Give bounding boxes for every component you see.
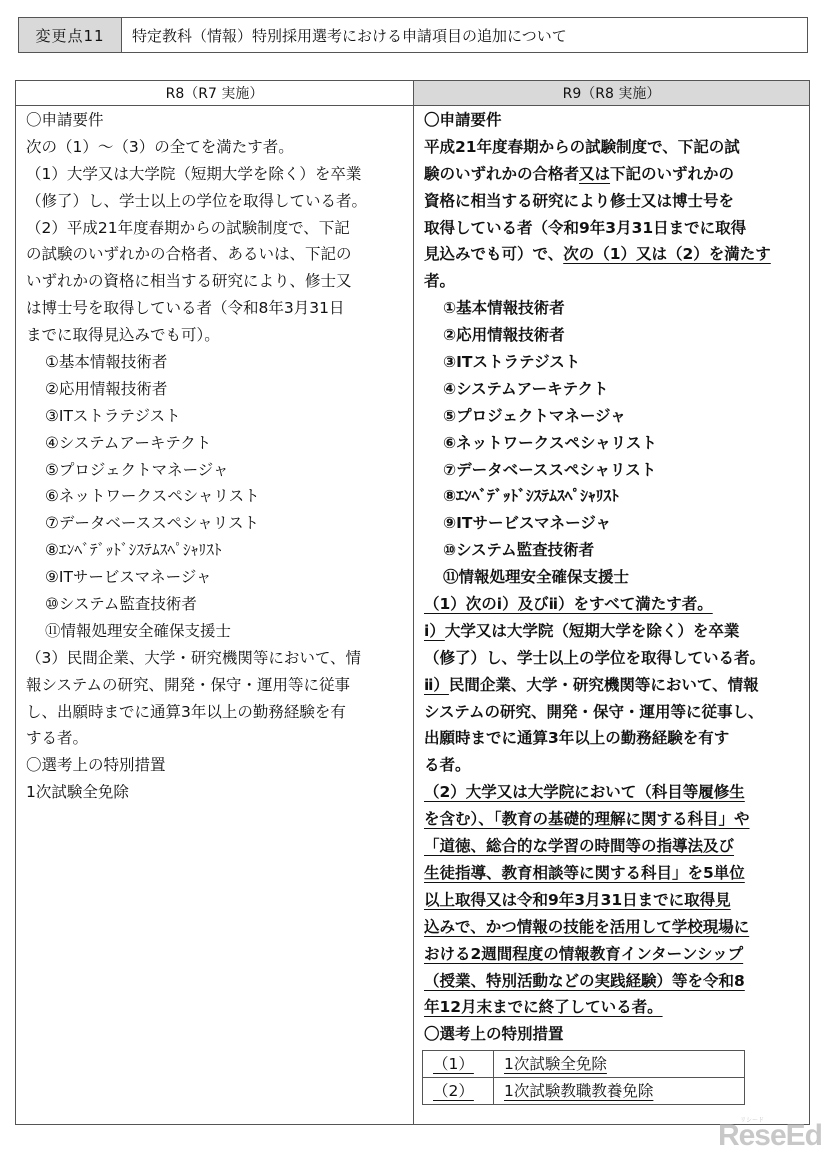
r8-column: 〇申請要件 次の（1）～（3）の全てを満たす者。 （1）大学又は大学院（短期大学… bbox=[16, 106, 414, 1124]
qualification-item: ⑪情報処理安全確保支援士 bbox=[424, 564, 809, 591]
qualification-item: ③ITストラテジスト bbox=[424, 349, 809, 376]
text-line: （修了）し、学士以上の学位を取得している者。 bbox=[424, 645, 809, 672]
text-line: 資格に相当する研究により修士又は博士号を bbox=[424, 188, 809, 215]
change-point-header: 変更点11 特定教科（情報）特別採用選考における申請項目の追加について bbox=[18, 17, 808, 53]
comparison-table: R8（R7 実施） R9（R8 実施） 〇申請要件 次の（1）～（3）の全てを満… bbox=[15, 80, 810, 1125]
measure-text-value: 1次試験教職教養免除 bbox=[504, 1082, 653, 1100]
changed-text: ⅰ） bbox=[424, 622, 445, 640]
text-line: る者。 bbox=[424, 752, 809, 779]
qualification-item: ⑥ネットワークスペシャリスト bbox=[424, 430, 809, 457]
changed-text: 「道徳、総合的な学習の時間等の指導法及び bbox=[424, 837, 734, 855]
text-line: 見込みでも可）で、次の（1）又は（2）を満たす bbox=[424, 241, 809, 268]
qualification-item: ⑪情報処理安全確保支援士 bbox=[26, 618, 413, 645]
text-line: する者。 bbox=[26, 725, 413, 752]
special-measures-table: （1） 1次試験全免除 （2） 1次試験教職教養免除 bbox=[422, 1050, 745, 1105]
qualification-item: ⑤プロジェクトマネージャ bbox=[26, 457, 413, 484]
changed-text: 込みで、かつ情報の技能を活用して学校現場に bbox=[424, 918, 749, 936]
special-measure-item: 1次試験全免除 bbox=[26, 779, 413, 806]
changed-text: 生徒指導、教育相談等に関する科目」を5単位 bbox=[424, 864, 745, 882]
qualification-item: ⑥ネットワークスペシャリスト bbox=[26, 483, 413, 510]
text-line: いずれかの資格に相当する研究により、修士又 bbox=[26, 268, 413, 295]
special-measures-heading: 〇選考上の特別措置 bbox=[26, 752, 413, 779]
condition-1-title: （1）次のⅰ）及びⅱ）をすべて満たす者。 bbox=[424, 591, 809, 618]
condition-2-line: 年12月末までに終了している者。 bbox=[424, 994, 809, 1021]
r9-column: 〇申請要件 平成21年度春期からの試験制度で、下記の試 験のいずれかの合格者又は… bbox=[414, 106, 809, 1124]
logo-text: ReseEd bbox=[718, 1119, 822, 1152]
measure-text: 1次試験全免除 bbox=[494, 1051, 745, 1078]
qualification-item: ⑨ITサービスマネージャ bbox=[424, 510, 809, 537]
reseed-logo: リシード ReseEd bbox=[718, 1119, 822, 1153]
condition-2-line: （授業、特別活動などの実践経験）等を令和8 bbox=[424, 968, 809, 995]
changed-text: （1）次のⅰ）及びⅱ）をすべて満たす者。 bbox=[424, 595, 713, 613]
change-point-tag: 変更点11 bbox=[19, 18, 122, 52]
qualification-item: ⑩システム監査技術者 bbox=[424, 537, 809, 564]
changed-text: （2）大学又は大学院において（科目等履修生 bbox=[424, 783, 745, 801]
text-line: までに取得見込みでも可）。 bbox=[26, 322, 413, 349]
condition-2-line: 以上取得又は令和9年3月31日までに取得見 bbox=[424, 887, 809, 914]
condition-2-line: 「道徳、総合的な学習の時間等の指導法及び bbox=[424, 833, 809, 860]
measure-text: 1次試験教職教養免除 bbox=[494, 1078, 745, 1105]
text-span: 大学又は大学院（短期大学を除く）を卒業 bbox=[445, 622, 740, 640]
text-line: は博士号を取得している者（令和8年3月31日 bbox=[26, 295, 413, 322]
text-line: ⅱ）民間企業、大学・研究機関等において、情報 bbox=[424, 672, 809, 699]
text-line: 〇申請要件 bbox=[26, 107, 413, 134]
changed-text: 又は bbox=[579, 165, 610, 183]
column-header-r9: R9（R8 実施） bbox=[414, 81, 809, 106]
qualification-item: ⑧ｴﾝﾍﾞﾃﾞｯﾄﾞｼｽﾃﾑｽﾍﾟｼｬﾘｽﾄ bbox=[424, 483, 809, 510]
text-line: （3）民間企業、大学・研究機関等において、情 bbox=[26, 645, 413, 672]
text-line: 者。 bbox=[424, 268, 809, 295]
qualification-item: ⑨ITサービスマネージャ bbox=[26, 564, 413, 591]
condition-2-line: 生徒指導、教育相談等に関する科目」を5単位 bbox=[424, 860, 809, 887]
qualification-item: ①基本情報技術者 bbox=[26, 349, 413, 376]
text-line: 報システムの研究、開発・保守・運用等に従事 bbox=[26, 672, 413, 699]
column-header-r8: R8（R7 実施） bbox=[16, 81, 414, 106]
text-line: 取得している者（令和9年3月31日までに取得 bbox=[424, 215, 809, 242]
text-line: 験のいずれかの合格者又は下記のいずれかの bbox=[424, 161, 809, 188]
text-line: システムの研究、開発・保守・運用等に従事し、 bbox=[424, 699, 809, 726]
measure-text-value: 1次試験全免除 bbox=[504, 1055, 607, 1073]
text-line: （2）平成21年度春期からの試験制度で、下記 bbox=[26, 215, 413, 242]
text-line: ⅰ）大学又は大学院（短期大学を除く）を卒業 bbox=[424, 618, 809, 645]
change-point-title: 特定教科（情報）特別採用選考における申請項目の追加について bbox=[122, 18, 807, 52]
changed-text: （授業、特別活動などの実践経験）等を令和8 bbox=[424, 972, 745, 990]
special-measures-heading: 〇選考上の特別措置 bbox=[424, 1021, 809, 1048]
changed-text: 次の（1）又は（2）を満たす bbox=[563, 245, 771, 263]
text-span: 下記のいずれかの bbox=[610, 165, 734, 183]
measure-number-text: （1） bbox=[433, 1055, 474, 1073]
changed-text: ⅱ） bbox=[424, 676, 449, 694]
changed-text: 以上取得又は令和9年3月31日までに取得見 bbox=[424, 891, 731, 909]
text-line: （1）大学又は大学院（短期大学を除く）を卒業 bbox=[26, 161, 413, 188]
measure-number-text: （2） bbox=[433, 1082, 474, 1100]
requirements-heading: 〇申請要件 bbox=[424, 107, 809, 134]
condition-2-line: （2）大学又は大学院において（科目等履修生 bbox=[424, 779, 809, 806]
qualification-item: ⑦データベーススペシャリスト bbox=[424, 457, 809, 484]
table-row: （1） 1次試験全免除 bbox=[423, 1051, 745, 1078]
changed-text: おける2週間程度の情報教育インターンシップ bbox=[424, 945, 743, 963]
qualification-item: ②応用情報技術者 bbox=[424, 322, 809, 349]
changed-text: 年12月末までに終了している者。 bbox=[424, 998, 663, 1016]
text-span: 験のいずれかの合格者 bbox=[424, 165, 579, 183]
measure-number: （2） bbox=[423, 1078, 494, 1105]
changed-text: を含む）、「教育の基礎的理解に関する科目」や bbox=[424, 810, 750, 828]
qualification-item: ⑩システム監査技術者 bbox=[26, 591, 413, 618]
text-span: 見込みでも可）で、 bbox=[424, 245, 563, 263]
table-row: （2） 1次試験教職教養免除 bbox=[423, 1078, 745, 1105]
condition-2-line: 込みで、かつ情報の技能を活用して学校現場に bbox=[424, 914, 809, 941]
text-line: （修了）し、学士以上の学位を取得している者。 bbox=[26, 188, 413, 215]
text-line: 出願時までに通算3年以上の勤務経験を有す bbox=[424, 725, 809, 752]
qualification-item: ④システムアーキテクト bbox=[26, 430, 413, 457]
condition-2-line: おける2週間程度の情報教育インターンシップ bbox=[424, 941, 809, 968]
qualification-item: ④システムアーキテクト bbox=[424, 376, 809, 403]
text-span: 民間企業、大学・研究機関等において、情報 bbox=[449, 676, 759, 694]
qualification-item: ②応用情報技術者 bbox=[26, 376, 413, 403]
qualification-item: ⑤プロジェクトマネージャ bbox=[424, 403, 809, 430]
text-line: の試験のいずれかの合格者、あるいは、下記の bbox=[26, 241, 413, 268]
qualification-item: ③ITストラテジスト bbox=[26, 403, 413, 430]
logo-ruby: リシード bbox=[740, 1115, 764, 1124]
text-line: し、出願時までに通算3年以上の勤務経験を有 bbox=[26, 699, 413, 726]
qualification-item: ⑦データベーススペシャリスト bbox=[26, 510, 413, 537]
text-line: 次の（1）～（3）の全てを満たす者。 bbox=[26, 134, 413, 161]
qualification-item: ⑧ｴﾝﾍﾞﾃﾞｯﾄﾞｼｽﾃﾑｽﾍﾟｼｬﾘｽﾄ bbox=[26, 537, 413, 564]
qualification-item: ①基本情報技術者 bbox=[424, 295, 809, 322]
condition-2-line: を含む）、「教育の基礎的理解に関する科目」や bbox=[424, 806, 809, 833]
measure-number: （1） bbox=[423, 1051, 494, 1078]
text-line: 平成21年度春期からの試験制度で、下記の試 bbox=[424, 134, 809, 161]
